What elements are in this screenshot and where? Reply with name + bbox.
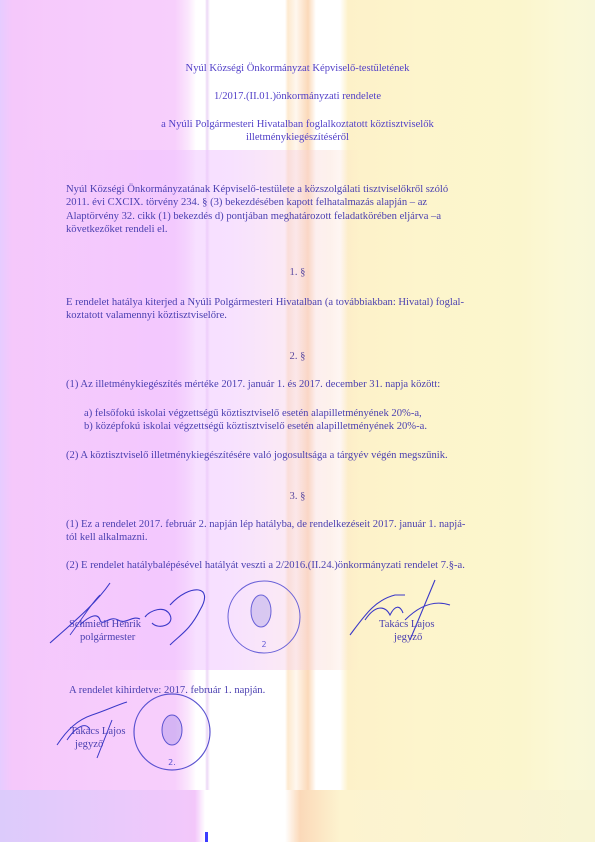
preamble-line: Nyúl Községi Önkormányzatának Képviselő-… <box>66 183 448 196</box>
notary-signature <box>345 575 455 645</box>
scan-color-band-bottom <box>0 790 595 842</box>
section-3-title: 3. § <box>0 490 595 503</box>
section-3-para-2: (2) E rendelet hatálybalépésével hatályá… <box>66 559 465 572</box>
section-3-para-1: tól kell alkalmazni. <box>66 531 148 544</box>
decree-number: 1/2017.(II.01.)önkormányzati rendelete <box>0 90 595 103</box>
section-2-para-1: (1) Az illetménykiegészítés mértéke 2017… <box>66 378 440 391</box>
scan-artifact <box>205 832 208 842</box>
section-1-title: 1. § <box>0 266 595 279</box>
preamble-line: Alaptörvény 32. cikk (1) bekezdés d) pon… <box>66 210 441 223</box>
section-3-para-1: (1) Ez a rendelet 2017. február 2. napjá… <box>66 518 465 531</box>
svg-text:2.: 2. <box>168 758 176 767</box>
section-2-item-a: a) felsőfokú iskolai végzettségű köztisz… <box>84 407 422 420</box>
svg-text:2: 2 <box>261 640 266 649</box>
preamble-line: 2011. évi CXCIX. törvény 234. § (3) beke… <box>66 196 427 209</box>
section-1-text: E rendelet hatálya kiterjed a Nyúli Polg… <box>66 296 464 309</box>
council-heading: Nyúl Községi Önkormányzat Képviselő-test… <box>0 62 595 75</box>
preamble-line: következőket rendeli el. <box>66 223 167 236</box>
section-2-title: 2. § <box>0 350 595 363</box>
mayors-office-stamp: 2. <box>130 690 214 774</box>
section-1-text: koztatott valamennyi köztisztviselőre. <box>66 309 227 322</box>
section-2-item-b: b) középfokú iskolai végzettségű köztisz… <box>84 420 427 433</box>
promulgation-signature <box>52 700 132 760</box>
municipality-stamp: 2 <box>224 577 304 657</box>
section-2-para-2: (2) A köztisztviselő illetménykiegészíté… <box>66 449 448 462</box>
mayor-signature <box>40 575 220 650</box>
decree-title-line2: illetménykiegészítéséről <box>0 131 595 144</box>
decree-title-line1: a Nyúli Polgármesteri Hivatalban foglalk… <box>0 118 595 131</box>
